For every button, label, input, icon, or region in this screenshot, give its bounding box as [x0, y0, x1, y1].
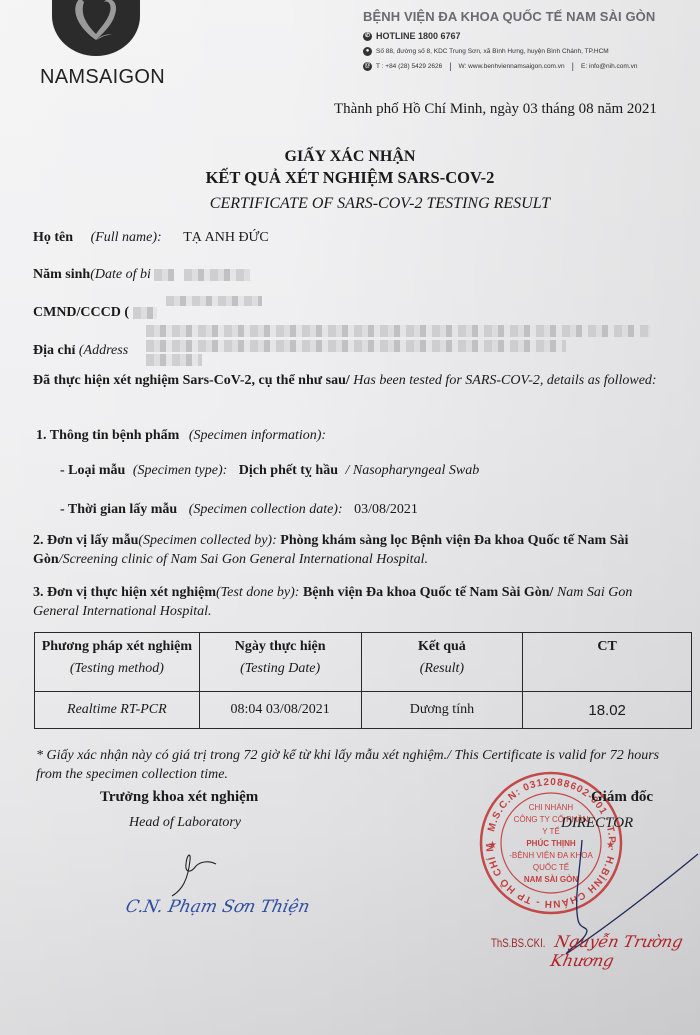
- hotline-row: ✆ HOTLINE 1800 6767: [363, 31, 461, 41]
- redacted-id: [166, 296, 262, 306]
- collection-date-value: 03/08/2021: [354, 502, 418, 517]
- divider: |: [446, 61, 454, 71]
- collected-by: 2. Đơn vị lấy mẫu(Specimen collected by)…: [33, 531, 663, 569]
- dob-label-en: (Date of bi: [90, 267, 151, 282]
- test-done-by: 3. Đơn vị thực hiện xét nghiệm(Test done…: [33, 583, 663, 621]
- website-text: W: www.benhviennamsaigon.com.vn: [459, 63, 565, 70]
- collection-date-row: - Thời gian lấy mẫu (Specimen collection…: [60, 502, 418, 518]
- cell-ct: 18.02: [523, 692, 692, 729]
- redacted-dob: [184, 269, 250, 281]
- results-table: Phương pháp xét nghiệm (Testing method) …: [34, 632, 692, 729]
- header-ct: CT: [523, 633, 692, 692]
- header-method-vn: Phương pháp xét nghiệm: [35, 639, 199, 655]
- head-of-lab-title: Trưởng khoa xét nghiệm: [100, 789, 258, 806]
- hospital-name: BỆNH VIỆN ĐA KHOA QUỐC TẾ NAM SÀI GÒN: [363, 9, 655, 24]
- svg-text:Y TẾ: Y TẾ: [542, 826, 560, 836]
- specimen-type-label: - Loại mẫu: [60, 463, 125, 478]
- tested-statement-en: Has been tested for SARS-COV-2, details …: [350, 373, 657, 388]
- issue-date: Thành phố Hồ Chí Minh, ngày 03 tháng 08 …: [334, 101, 657, 118]
- title-english: CERTIFICATE OF SARS-COV-2 TESTING RESULT: [30, 195, 700, 213]
- head-of-lab-title-en: Head of Laboratory: [129, 815, 241, 831]
- address-field: Địa chỉ (Address: [33, 343, 128, 359]
- address-label: Địa chỉ: [33, 343, 75, 358]
- head-of-lab-signature: [170, 850, 250, 900]
- header-ct-label: CT: [523, 639, 691, 655]
- address-text: Số 88, đường số 8, KDC Trung Sơn, xã Bìn…: [376, 48, 609, 55]
- cell-date: 08:04 03/08/2021: [199, 692, 361, 729]
- director-degree: ThS.BS.CKI.: [491, 936, 545, 950]
- director-name: Nguyễn Trường Khương: [549, 932, 700, 970]
- logo-wordmark: NAMSAIGON: [40, 66, 165, 89]
- header-result-vn: Kết quả: [362, 639, 523, 655]
- specimen-type-value-en: / Nasopharyngeal Swab: [345, 463, 479, 478]
- director-title: Giám đốc: [591, 789, 653, 806]
- specimen-type-row: - Loại mẫu (Specimen type): Dịch phết tỵ…: [60, 463, 479, 479]
- phone-icon: ✆: [363, 32, 372, 41]
- email-text: E: info@nih.com.vn: [581, 63, 637, 70]
- tested-statement: Đã thực hiện xét nghiệm Sars-CoV-2, cụ t…: [33, 371, 663, 390]
- svg-text:CHI NHÁNH: CHI NHÁNH: [529, 803, 574, 812]
- id-label: CMND/CCCD (: [33, 305, 129, 320]
- header-method: Phương pháp xét nghiệm (Testing method): [35, 633, 200, 692]
- tested-statement-vn: Đã thực hiện xét nghiệm Sars-CoV-2, cụ t…: [33, 373, 350, 388]
- full-name-label: Họ tên: [33, 230, 73, 245]
- header-method-en: (Testing method): [35, 661, 199, 677]
- specimen-type-value: Dịch phết tỵ hầu: [239, 463, 338, 478]
- redacted-address-line-2: [146, 340, 566, 352]
- redacted-address-line-3: [146, 354, 202, 366]
- collected-by-label: 2. Đơn vị lấy mẫu: [33, 533, 138, 548]
- header-date: Ngày thực hiện (Testing Date): [199, 633, 361, 692]
- address-row: ● Số 88, đường số 8, KDC Trung Sơn, xã B…: [363, 47, 609, 56]
- table-row: Realtime RT-PCR 08:04 03/08/2021 Dương t…: [35, 692, 692, 729]
- redacted-block: [154, 269, 174, 281]
- collected-by-value-en: /Screening clinic of Nam Sai Gon General…: [59, 552, 428, 567]
- header-result-en: (Result): [362, 661, 523, 677]
- id-field: CMND/CCCD (: [33, 305, 157, 321]
- title-line-1: GIẤY XÁC NHẬN: [0, 148, 700, 166]
- contact-row: @ T : +84 (28) 5429 2626 | W: www.benhvi…: [363, 61, 637, 71]
- specimen-type-label-en: (Specimen type):: [133, 463, 227, 478]
- dob-field: Năm sinh(Date of bi: [33, 267, 250, 283]
- test-done-by-label-en: (Test done by):: [216, 585, 303, 600]
- title-line-2: KẾT QUẢ XÉT NGHIỆM SARS-COV-2: [0, 168, 700, 188]
- heart-dove-icon: [70, 0, 122, 46]
- collection-date-label: - Thời gian lấy mẫu: [60, 502, 177, 517]
- location-icon: ●: [363, 47, 372, 56]
- table-header-row: Phương pháp xét nghiệm (Testing method) …: [35, 633, 692, 692]
- full-name-field: Họ tên (Full name): TẠ ANH ĐỨC: [33, 230, 269, 246]
- redacted-block: [133, 307, 157, 319]
- divider: |: [569, 61, 577, 71]
- hotline-text: HOTLINE 1800 6767: [376, 31, 461, 41]
- collection-date-label-en: (Specimen collection date):: [189, 502, 343, 517]
- header-date-en: (Testing Date): [200, 661, 361, 677]
- address-label-en: (Address: [79, 343, 128, 358]
- dob-label: Năm sinh: [33, 267, 90, 282]
- specimen-section: 1. Thông tin bệnh phẩm (Specimen informa…: [36, 428, 326, 444]
- test-done-by-label: 3. Đơn vị thực hiện xét nghiệm: [33, 585, 216, 600]
- specimen-section-label: 1. Thông tin bệnh phẩm: [36, 428, 179, 443]
- redacted-address-line-1: [146, 325, 650, 337]
- full-name-value: TẠ ANH ĐỨC: [183, 230, 269, 245]
- collected-by-label-en: (Specimen collected by):: [138, 533, 280, 548]
- header-date-vn: Ngày thực hiện: [200, 639, 361, 655]
- header-result: Kết quả (Result): [361, 633, 523, 692]
- test-done-by-value: Bệnh viện Đa khoa Quốc tế Nam Sài Gòn/: [303, 585, 553, 600]
- cell-method: Realtime RT-PCR: [35, 692, 200, 729]
- cell-result: Dương tính: [361, 692, 523, 729]
- specimen-section-label-en: (Specimen information):: [189, 428, 326, 443]
- head-of-lab-name: C.N. Phạm Sơn Thiện: [124, 897, 312, 917]
- full-name-label-en: (Full name):: [91, 230, 162, 245]
- phone-text: T : +84 (28) 5429 2626: [376, 63, 442, 70]
- contact-icon: @: [363, 62, 372, 71]
- svg-text:★: ★: [488, 840, 497, 851]
